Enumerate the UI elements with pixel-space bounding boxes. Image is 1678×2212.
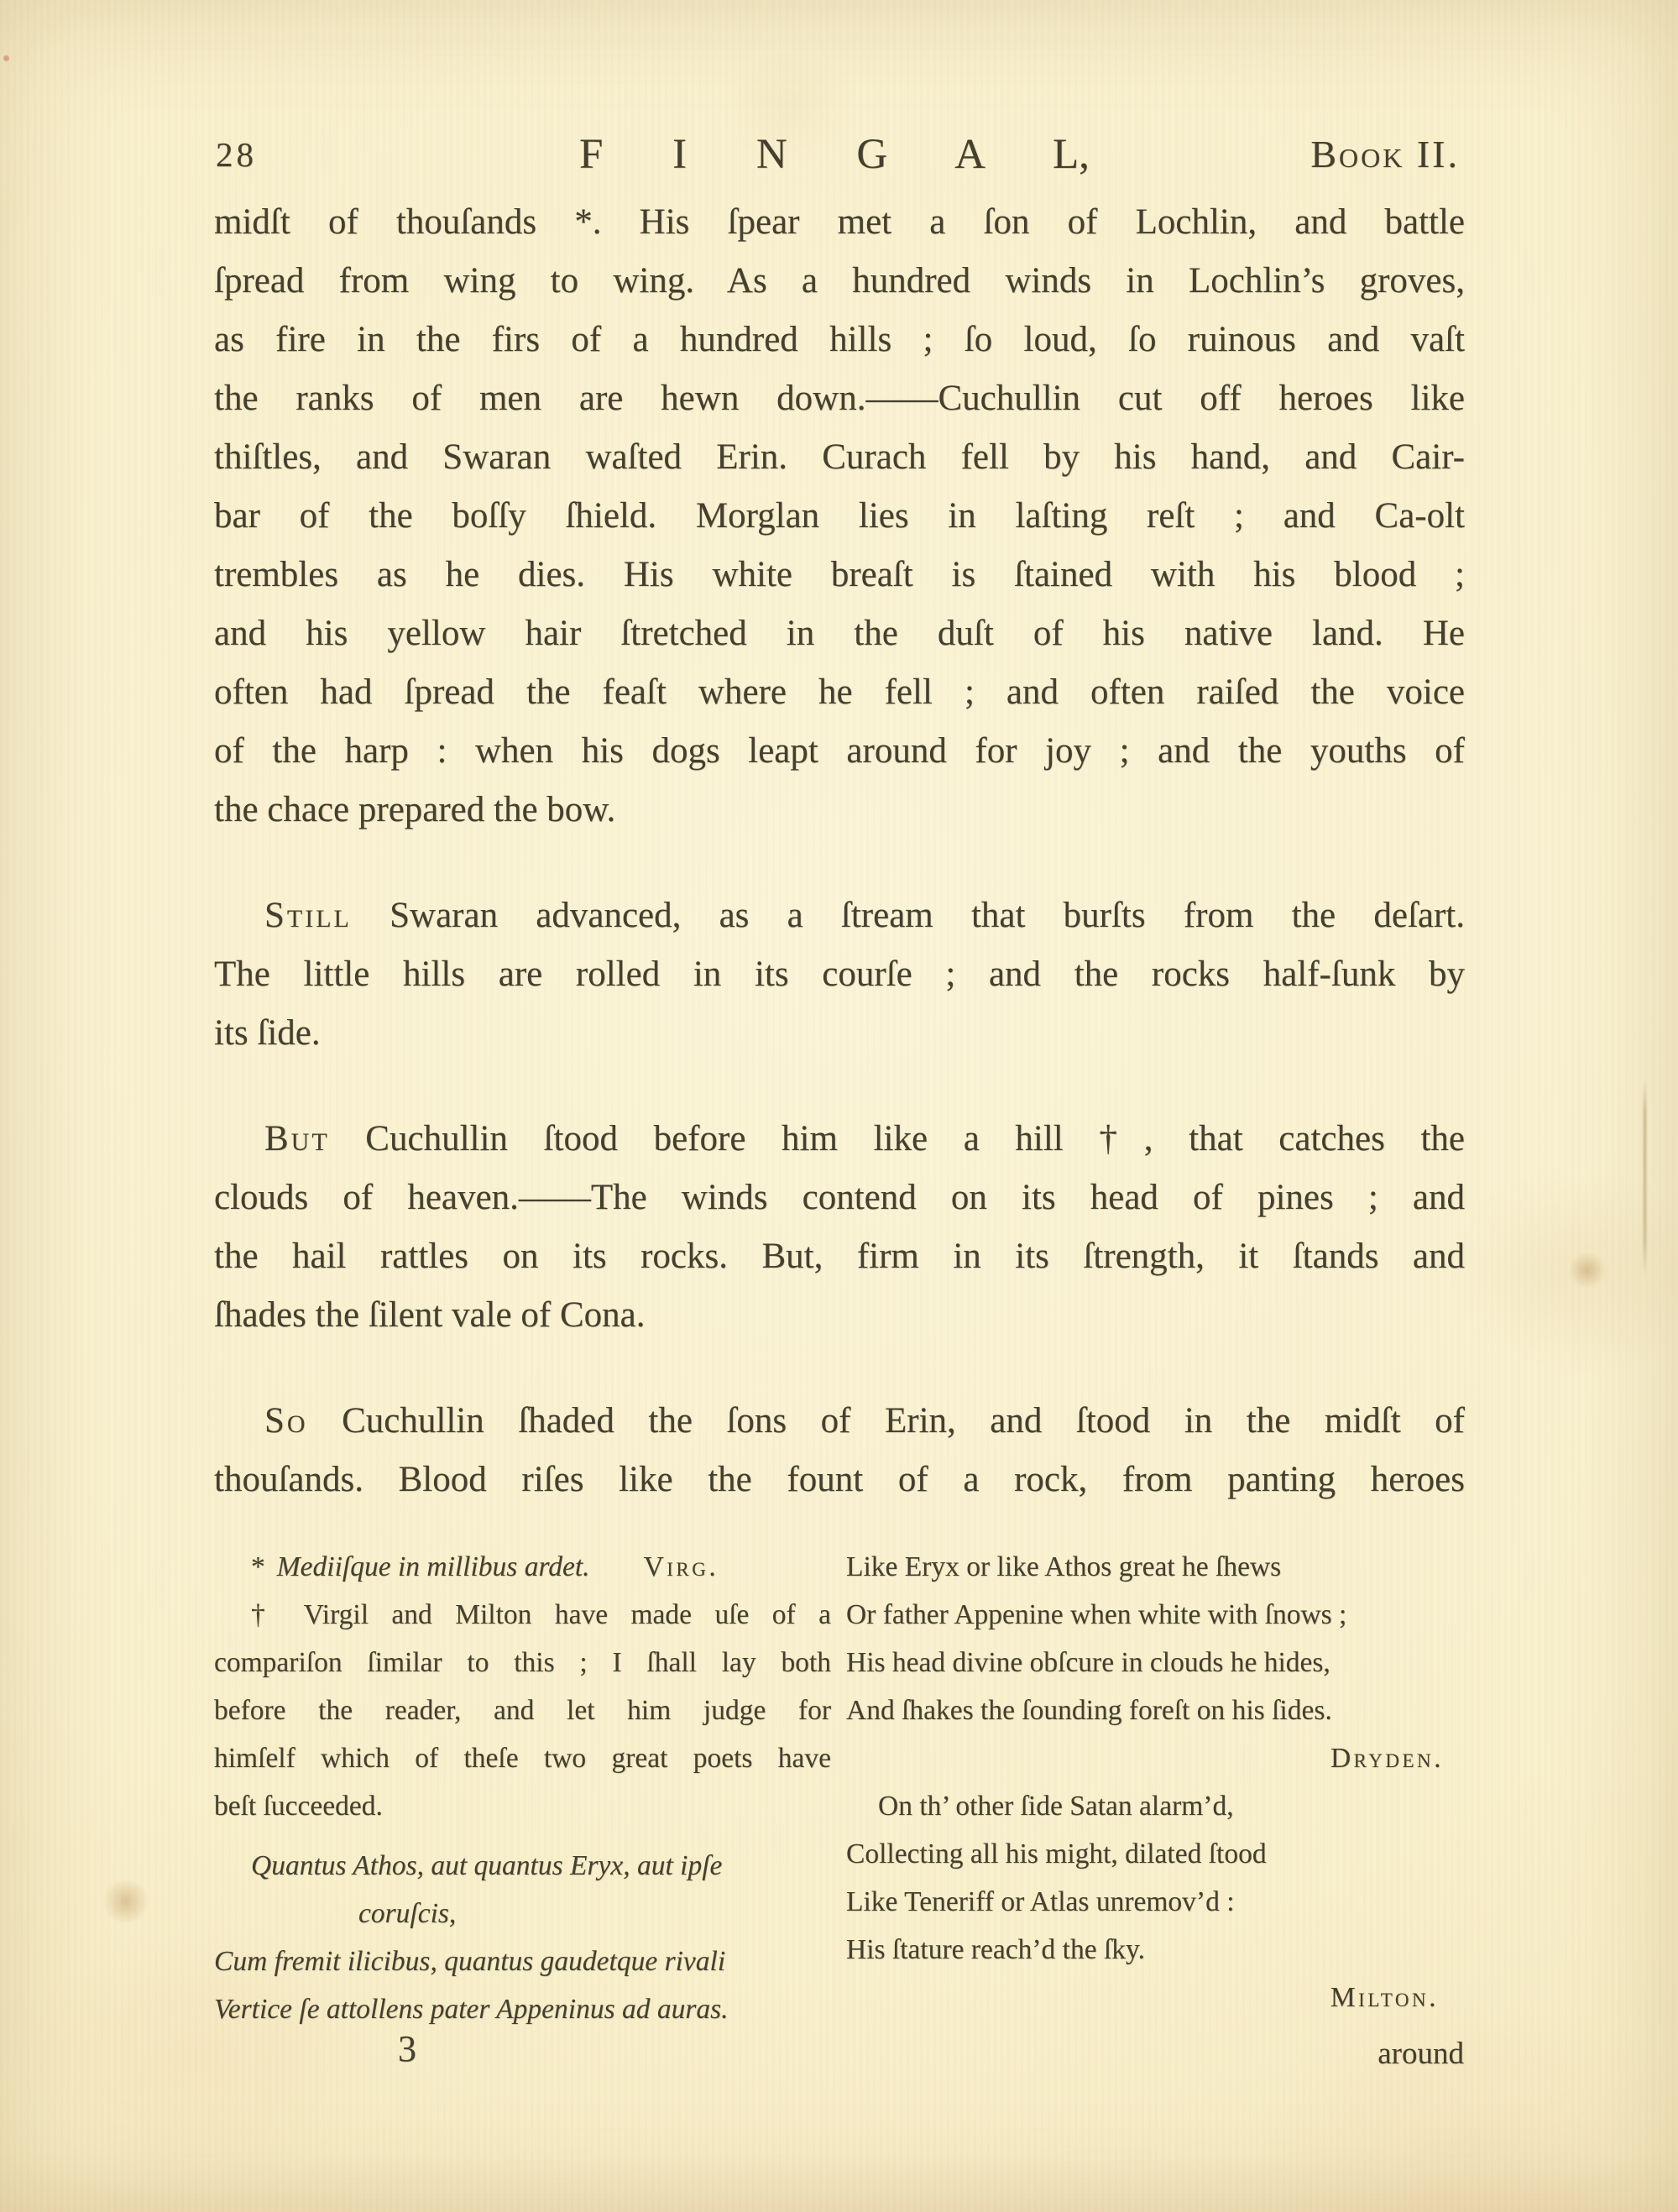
attribution-milton: Milton. [846,1974,1467,2021]
text-line: the hail rattles on its rocks. But, firm… [214,1227,1465,1286]
running-title: F I N G A L, [579,124,1090,185]
text-line: of the harp : when his dogs leapt around… [214,722,1465,781]
text-line: bar of the boſſy ſhield. Morglan lies in… [214,487,1465,546]
text-line: the ranks of men are hewn down.——Cuchull… [214,369,1465,428]
attribution-virgil: Virg. [644,1551,719,1582]
paragraph-lead-smallcaps: Still [264,896,352,935]
text-line: ſhades the ſilent vale of Cona. [214,1286,1465,1345]
text-run: Swaran advanced, as a ſtream that burſts… [352,896,1465,935]
latin-citation-text: Mediiſque in millibus ardet. [277,1551,590,1582]
body-paragraph: Still Swaran advanced, as a ſtream that … [214,886,1465,1063]
signature-mark: 3 [382,2027,432,2070]
verse-line: And ſhakes the ſounding foreſt on his ſi… [846,1686,1467,1734]
text-line: The little hills are rolled in its courſ… [214,945,1465,1004]
verse-line: His ſtature reach’d the ſky. [846,1926,1467,1974]
text-line: thouſands. Blood riſes like the fount of… [214,1451,1465,1509]
footnote-line: himſelf which of theſe two great poets h… [214,1734,831,1782]
text-line: often had ſpread the feaſt where he fell… [214,663,1465,722]
verse-line: Cum fremit ilicibus, quantus gaudetque r… [214,1937,831,1985]
text-run: Cuchullin ſhaded the ſons of Erin, and ſ… [308,1401,1465,1441]
verse-line: Like Eryx or like Athos great he ſhews [846,1543,1467,1591]
attribution-dryden: Dryden. [846,1734,1467,1782]
text-line: ſpread from wing to wing. As a hundred w… [214,252,1465,311]
text-line: thiſtles, and Swaran waſted Erin. Curach… [214,428,1465,487]
paragraph-lead-smallcaps: But [264,1119,330,1158]
footnote-line: † Virgil and Milton have made uſe of a [214,1591,831,1639]
text-line: the chace prepared the bow. [214,781,1465,839]
text-line: Still Swaran advanced, as a ſtream that … [214,886,1465,945]
paragraph-lead-smallcaps: So [264,1401,308,1441]
verse-line: Vertice ſe attollens pater Appeninus ad … [214,1985,831,2033]
text-line: But Cuchullin ſtood before him like a hi… [214,1110,1465,1169]
body-paragraph: midſt of thouſands *. His ſpear met a ſo… [214,193,1465,839]
book-label: Book II. [1310,124,1460,185]
text-line: and his yellow hair ſtretched in the duſ… [214,604,1465,663]
text-run: Cuchullin ſtood before him like a hill †… [330,1119,1465,1158]
book-page-scan: 28 F I N G A L, Book II. midſt of thouſa… [0,0,1678,2212]
footnote-line: beſt ſucceeded. [214,1782,831,1830]
text-line: its ſide. [214,1004,1465,1063]
body-text-block: midſt of thouſands *. His ſpear met a ſo… [214,193,1465,1509]
foxing-spot [101,1880,151,1922]
text-line: midſt of thouſands *. His ſpear met a ſo… [214,193,1465,252]
text-line: So Cuchullin ſhaded the ſons of Erin, an… [214,1392,1465,1451]
verse-line: Collecting all his might, dilated ſtood [846,1830,1467,1878]
footnote-line: compariſon ſimilar to this ; I ſhall lay… [214,1639,831,1686]
body-paragraph: But Cuchullin ſtood before him like a hi… [214,1110,1465,1345]
asterisk-footnote-marker: * [251,1551,265,1582]
verse-line: Quantus Athos, aut quantus Eryx, aut ipſ… [214,1842,831,1890]
verse-line: His head divine obſcure in clouds he hid… [846,1639,1467,1686]
text-line: trembles as he dies. His white breaſt is… [214,546,1465,604]
page-edge-crease [1644,1079,1646,1276]
footnote-column-right: Like Eryx or like Athos great he ſhews O… [846,1543,1467,2078]
foxing-spot [1568,1252,1607,1288]
verse-line: Like Teneriff or Atlas unremov’d : [846,1878,1467,1926]
body-paragraph: So Cuchullin ſhaded the ſons of Erin, an… [214,1392,1465,1509]
text-line: clouds of heaven.——The winds contend on … [214,1169,1465,1227]
paper-speck [3,55,9,61]
text-line: as fire in the firs of a hundred hills ;… [214,311,1465,369]
footnote-virgil-citation: *Mediiſque in millibus ardet.Virg. [214,1543,831,1591]
footnote-column-left: *Mediiſque in millibus ardet.Virg. † Vir… [214,1543,831,2033]
verse-line: On th’ other ſide Satan alarm’d, [846,1782,1467,1830]
verse-line: coruſcis, [214,1890,831,1937]
running-header: 28 F I N G A L, Book II. [214,124,1465,185]
page-number: 28 [216,124,257,185]
footnote-line: before the reader, and let him judge for [214,1686,831,1734]
verse-line: Or father Appenine when white with ſnows… [846,1591,1467,1639]
catchword: around [846,2030,1467,2078]
latin-verse-quote: Quantus Athos, aut quantus Eryx, aut ipſ… [214,1842,831,2033]
footnotes-section: *Mediiſque in millibus ardet.Virg. † Vir… [214,1543,1465,2097]
